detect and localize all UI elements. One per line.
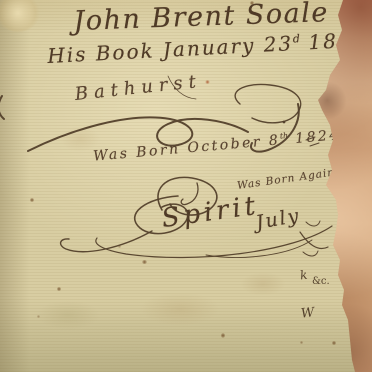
- handwriting-fragment-etc: &c.: [312, 276, 330, 287]
- fox-spot: [300, 341, 303, 344]
- fox-spot: [30, 198, 34, 202]
- fox-spot: [118, 245, 121, 248]
- photo-frame: John Brent Soale His Book January 23d 18…: [0, 0, 372, 372]
- fox-spot: [221, 333, 225, 338]
- rust-speck: [205, 80, 210, 84]
- handwriting-fragment-w: W: [300, 305, 315, 321]
- fox-spot: [142, 260, 147, 264]
- fox-spot: [57, 287, 61, 291]
- fox-spot: [37, 315, 40, 318]
- fox-spot: [332, 341, 336, 345]
